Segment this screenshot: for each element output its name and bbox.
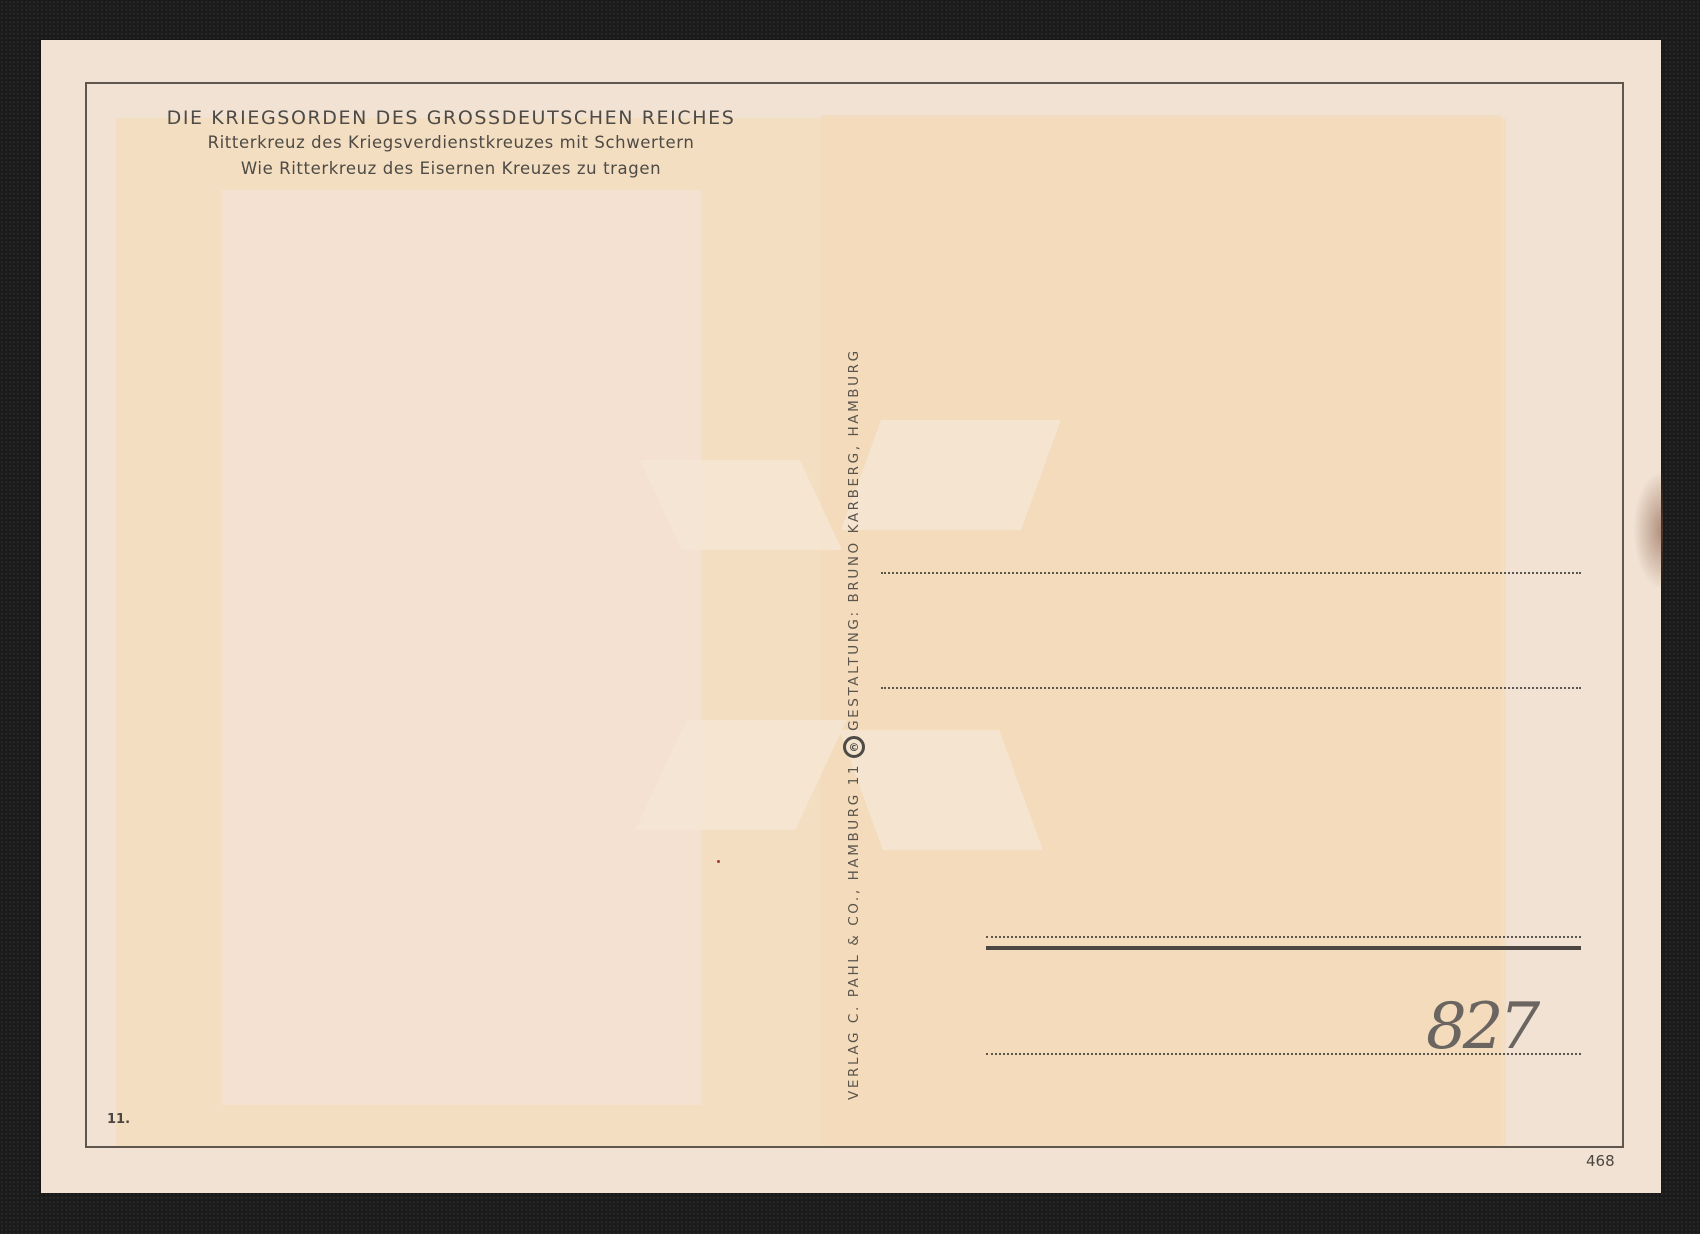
postcard: DIE KRIEGSORDEN DES GROSSDEUTSCHEN REICH…	[41, 40, 1661, 1193]
address-line-2	[881, 687, 1581, 689]
card-heading: DIE KRIEGSORDEN DES GROSSDEUTSCHEN REICH…	[101, 106, 801, 182]
publisher-imprint: VERLAG C. PAHL & CO., HAMBURG 11	[846, 763, 862, 1100]
print-number: 468	[1586, 1152, 1615, 1170]
card-note: Wie Ritterkreuz des Eisernen Kreuzes zu …	[101, 156, 801, 182]
address-line-1	[881, 572, 1581, 574]
address-underline	[986, 946, 1581, 950]
publisher-logo-icon: ©	[843, 736, 865, 758]
card-subtitle: Ritterkreuz des Kriegsverdienstkreuzes m…	[101, 130, 801, 156]
handwritten-number: 827	[1426, 990, 1536, 1064]
card-title: DIE KRIEGSORDEN DES GROSSDEUTSCHEN REICH…	[101, 106, 801, 130]
paper-speck	[717, 860, 720, 863]
card-number: 11.	[107, 1112, 130, 1127]
address-line-3	[986, 936, 1581, 938]
edge-stain	[1633, 470, 1663, 590]
design-credit: GESTALTUNG: BRUNO KARBERG, HAMBURG	[846, 348, 862, 731]
vertical-imprint: VERLAG C. PAHL & CO., HAMBURG 11 © GESTA…	[843, 100, 865, 1100]
